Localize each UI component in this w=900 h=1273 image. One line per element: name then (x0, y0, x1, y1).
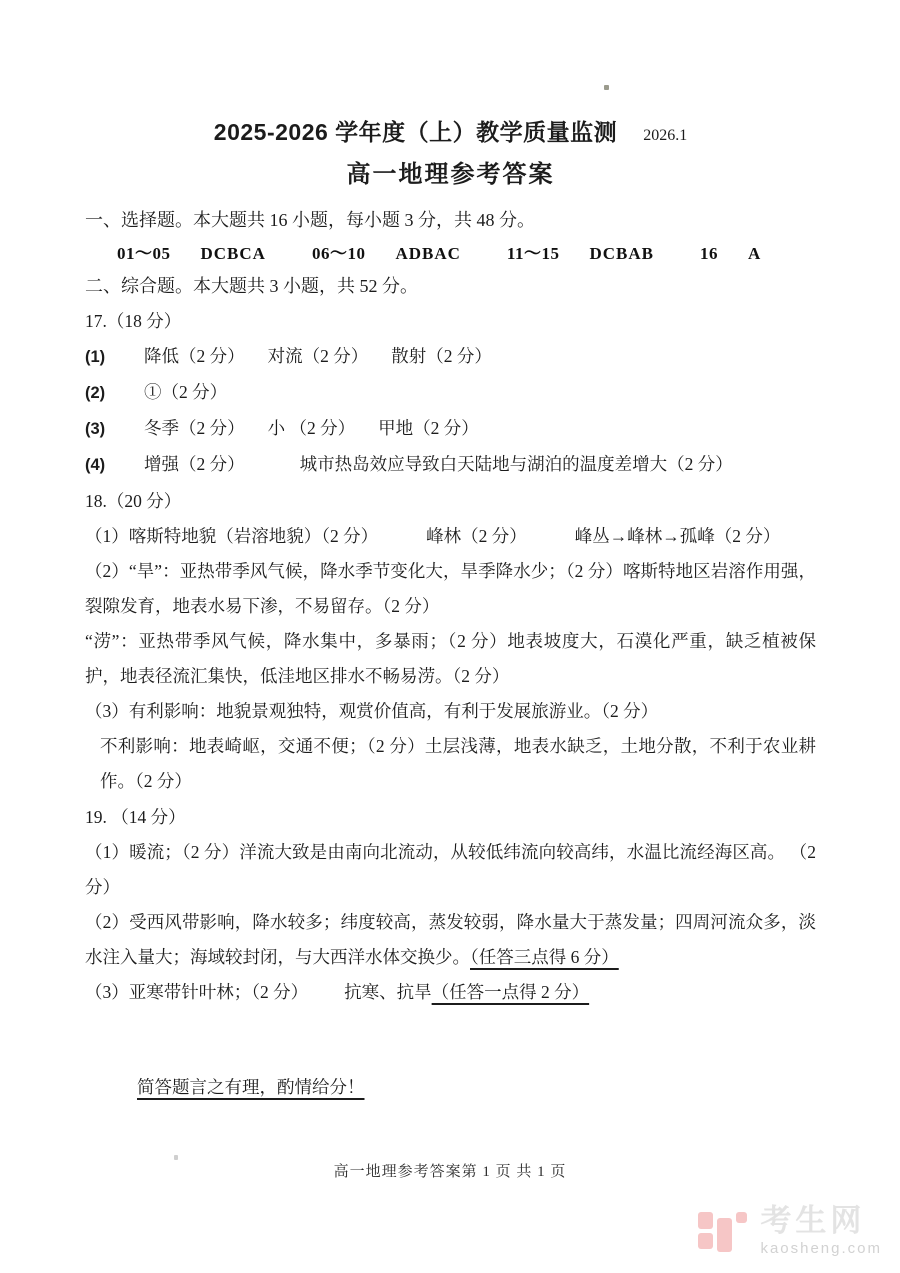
watermark: 考生网 kaosheng.com (698, 1205, 882, 1257)
document-date: 2026.1 (643, 120, 687, 152)
q17-answer-1: (1) 降低（2 分） 对流（2 分） 散射（2 分） (85, 339, 816, 375)
mcq-range: 06～10 (312, 237, 366, 270)
mcq-range: 16 (700, 237, 718, 270)
q18-answer-2-flood: “涝”：亚热带季风气候，降水集中，多暴雨；（2 分）地表坡度大，石漠化严重，缺乏… (85, 624, 816, 694)
grading-note-text: 简答题言之有理，酌情给分！ (137, 1077, 365, 1097)
answer-part: （3）亚寒带针叶林；（2 分） (85, 975, 308, 1010)
answer-part: （1）喀斯特地貌（岩溶地貌）（2 分） (85, 519, 378, 554)
answer-part: 峰丛→峰林→孤峰（2 分） (575, 519, 781, 554)
watermark-site-name: 考生网 (760, 1205, 882, 1238)
document-page: 2025-2026 学年度（上）教学质量监测 2026.1 高一地理参考答案 一… (0, 0, 900, 1273)
answer-part: 城市热岛效应导致白天陆地与湖泊的温度差增大（2 分） (300, 447, 733, 482)
mcq-group-1: 01～05 DCBCA (117, 237, 266, 270)
q18-answer-2-drought: （2）“旱”：亚热带季风气候，降水季节变化大，旱季降水少；（2 分）喀斯特地区岩… (85, 554, 816, 624)
answer-part: 冬季（2 分） (144, 411, 245, 446)
answer-part: 小 （2 分） (268, 411, 356, 446)
mcq-letters: DCBAB (589, 237, 654, 270)
mcq-letters: DCBCA (201, 237, 266, 270)
mcq-letters: ADBAC (395, 237, 460, 270)
q17-heading: 17.（18 分） (85, 303, 816, 339)
q19-heading: 19. （14 分） (85, 799, 816, 835)
q18-answer-1: （1）喀斯特地貌（岩溶地貌）（2 分） 峰林（2 分） 峰丛→峰林→孤峰（2 分… (85, 519, 816, 554)
answer-part: 甲地（2 分） (378, 411, 479, 446)
q17-answer-4: (4) 增强（2 分） 城市热岛效应导致白天陆地与湖泊的温度差增大（2 分） (85, 447, 816, 483)
item-number: (4) (85, 448, 121, 483)
item-number: (3) (85, 412, 121, 447)
answer-part: 抗寒、抗旱 (344, 975, 432, 1010)
document-title: 2025-2026 学年度（上）教学质量监测 (214, 116, 617, 148)
mcq-answers-row: 01～05 DCBCA 06～10 ADBAC 11～15 DCBAB 16 A (117, 237, 816, 270)
document-content: 2025-2026 学年度（上）教学质量监测 2026.1 高一地理参考答案 一… (0, 0, 900, 1105)
mcq-letters: A (748, 237, 761, 270)
answer-part: 对流（2 分） (268, 339, 369, 374)
watermark-text: 考生网 kaosheng.com (760, 1205, 882, 1257)
answer-part: 散射（2 分） (391, 339, 492, 374)
mcq-group-2: 06～10 ADBAC (312, 237, 461, 270)
answer-part: ①（2 分） (144, 375, 227, 410)
mcq-range: 01～05 (117, 237, 171, 270)
item-number: (1) (85, 340, 121, 375)
answer-text: （2）受西风带影响，降水较多；纬度较高，蒸发较弱，降水量大于蒸发量；四周河流众多… (85, 912, 816, 967)
section2-heading: 二、综合题。本大题共 3 小题，共 52 分。 (85, 270, 816, 303)
q18-heading: 18.（20 分） (85, 483, 816, 519)
grading-hint: （任答三点得 6 分） (470, 947, 619, 967)
answer-part: 降低（2 分） (144, 339, 245, 374)
q18-answer-3-favorable: （3）有利影响：地貌景观独特，观赏价值高，有利于发展旅游业。（2 分） (85, 694, 816, 729)
mcq-range: 11～15 (507, 237, 560, 270)
q18-answer-3-adverse: 不利影响：地表崎岖，交通不便；（2 分）土层浅薄，地表水缺乏，土地分散，不利于农… (85, 729, 816, 799)
item-number: (2) (85, 376, 121, 411)
q19-answer-3: （3）亚寒带针叶林；（2 分） 抗寒、抗旱 （任答一点得 2 分） (85, 975, 816, 1010)
document-title-row: 2025-2026 学年度（上）教学质量监测 2026.1 (85, 116, 816, 152)
q17-answer-3: (3) 冬季（2 分） 小 （2 分） 甲地（2 分） (85, 411, 816, 447)
q17-answer-2: (2) ①（2 分） (85, 375, 816, 411)
grading-hint: （任答一点得 2 分） (432, 975, 590, 1010)
kaosheng-logo-icon (698, 1205, 748, 1253)
q19-answer-2: （2）受西风带影响，降水较多；纬度较高，蒸发较弱，降水量大于蒸发量；四周河流众多… (85, 905, 816, 975)
answer-part: 峰林（2 分） (426, 519, 527, 554)
document-subtitle: 高一地理参考答案 (85, 156, 816, 194)
answer-part: 增强（2 分） (144, 447, 245, 482)
watermark-site-url: kaosheng.com (760, 1240, 882, 1257)
section1-heading: 一、选择题。本大题共 16 小题，每小题 3 分，共 48 分。 (85, 204, 816, 237)
mcq-group-4: 16 A (700, 237, 761, 270)
q19-answer-1: （1）暖流；（2 分）洋流大致是由南向北流动，从较低纬流向较高纬，水温比流经海区… (85, 835, 816, 905)
page-footer: 高一地理参考答案第 1 页 共 1 页 (0, 1160, 900, 1181)
grading-note: 简答题言之有理，酌情给分！ (85, 1070, 816, 1105)
scan-artifact-dot-top (604, 85, 609, 90)
mcq-group-3: 11～15 DCBAB (507, 237, 654, 270)
